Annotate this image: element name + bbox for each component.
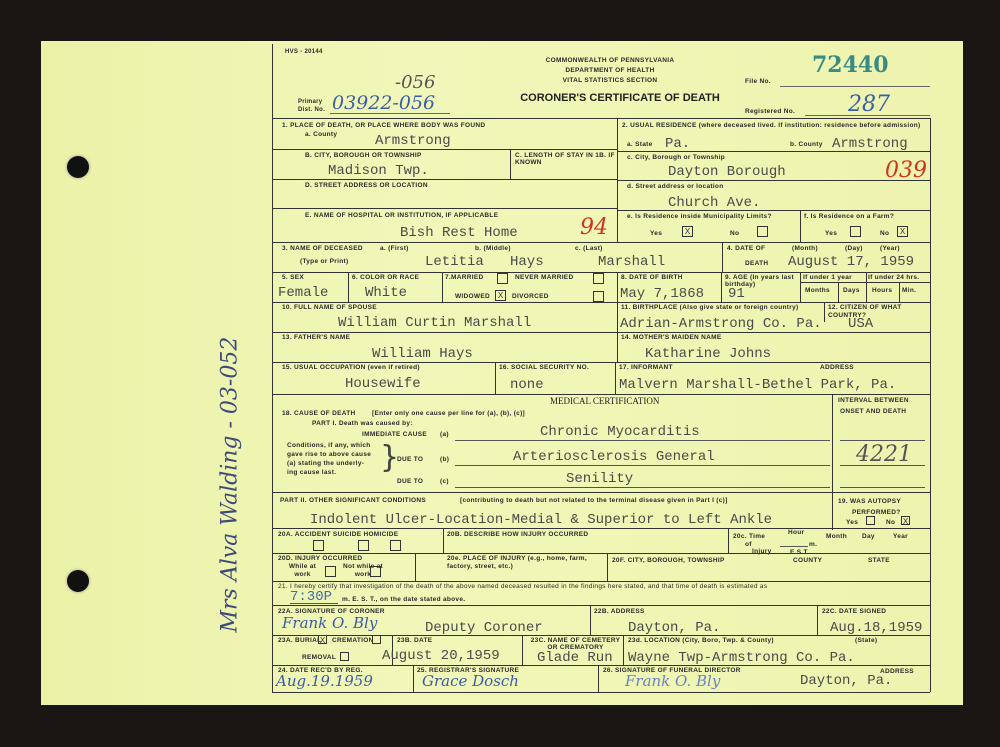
divorced-checkbox[interactable] xyxy=(593,291,604,302)
last-name-label: c. (Last) xyxy=(575,245,603,252)
rule xyxy=(615,362,616,394)
rule xyxy=(272,492,930,493)
injury-county-label: COUNTY xyxy=(793,557,822,564)
agency-line-2: DEPARTMENT OF HEALTH xyxy=(520,67,700,74)
divorced-label: DIVORCED xyxy=(512,293,549,300)
burial-checkbox[interactable]: X xyxy=(318,635,327,644)
never-married-checkbox[interactable] xyxy=(593,273,604,284)
under-24-hrs-label: If under 24 hrs. xyxy=(868,274,919,281)
spouse-value: William Curtin Marshall xyxy=(338,315,531,331)
rule xyxy=(840,487,925,488)
rule xyxy=(617,180,930,181)
removal-label: REMOVAL xyxy=(302,654,336,661)
res-street: Church Ave. xyxy=(668,195,760,211)
rule xyxy=(838,282,839,302)
rule xyxy=(780,546,808,547)
m-label: m. xyxy=(809,541,817,548)
immediate-cause-label: IMMEDIATE CAUSE xyxy=(362,431,427,438)
date-recd-value: Aug.19.1959 xyxy=(276,672,373,690)
rule xyxy=(272,635,930,636)
sex-label: 5. SEX xyxy=(282,274,304,281)
rule xyxy=(800,282,930,283)
burial-location: Wayne Twp-Armstrong Co. Pa. xyxy=(628,650,855,666)
primary-dist-value: 03922-056 xyxy=(332,92,435,114)
married-checkbox[interactable] xyxy=(497,273,508,284)
part2-label: PART II. OTHER SIGNIFICANT CONDITIONS xyxy=(280,497,426,504)
page-title: CORONER'S CERTIFICATE OF DEATH xyxy=(510,92,730,104)
autopsy-yes-label: Yes xyxy=(846,519,858,526)
place-of-death-label: 1. PLACE OF DEATH, OR PLACE WHERE BODY W… xyxy=(282,122,485,129)
informant-value: Malvern Marshall-Bethel Park, Pa. xyxy=(619,377,896,393)
widowed-checkbox[interactable]: X xyxy=(495,290,506,301)
res-state: Pa. xyxy=(665,136,690,152)
rule xyxy=(617,302,618,332)
while-at-work-label: While at work xyxy=(285,563,320,579)
rule xyxy=(272,665,930,666)
rule xyxy=(455,440,830,441)
certification-statement: 21. I hereby certify that investigation … xyxy=(278,583,767,590)
rule xyxy=(272,605,930,606)
rule xyxy=(415,553,416,581)
fd-address: Dayton, Pa. xyxy=(800,673,892,689)
describe-injury-label: 20b. DESCRIBE HOW INJURY OCCURRED xyxy=(447,531,588,538)
day-label: (Day) xyxy=(845,245,863,252)
rule xyxy=(590,605,591,635)
pod-length-of-stay-label: c. LENGTH OF STAY IN 1b. IF KNOWN xyxy=(515,152,615,166)
middle-name-label: b. (Middle) xyxy=(475,245,511,252)
coroner-title: Deputy Coroner xyxy=(425,620,543,636)
autopsy-no-checkbox[interactable]: X xyxy=(901,516,910,525)
cemetery-label: 23c. NAME OF CEMETERY OR CREMATORY xyxy=(528,637,623,651)
part2-value: Indolent Ulcer-Location-Medial & Superio… xyxy=(310,512,772,528)
rule xyxy=(617,332,618,362)
month-label: (Month) xyxy=(792,245,818,252)
farm-no-label: No xyxy=(880,230,889,237)
cause-of-death-label: 18. CAUSE OF DEATH xyxy=(282,410,356,417)
registrar-signature: Grace Dosch xyxy=(422,672,519,690)
margin-note: Mrs Alva Walding - 03-052 xyxy=(218,213,243,633)
primary-dist-annotation: -056 xyxy=(395,72,435,93)
coroner-address-label: 22b. ADDRESS xyxy=(594,608,645,615)
form-bottom-border xyxy=(272,692,930,693)
occupation-value: Housewife xyxy=(345,376,421,392)
rule xyxy=(617,151,930,152)
res-farm-label: f. Is Residence on a Farm? xyxy=(804,213,894,220)
agency-line-1: COMMONWEALTH OF PENNSYLVANIA xyxy=(520,57,700,64)
on-farm-yes-checkbox[interactable] xyxy=(850,226,861,237)
punch-hole-top xyxy=(67,156,89,178)
disposition-date: August 20,1959 xyxy=(382,648,500,664)
sex-value: Female xyxy=(278,285,328,301)
cause-b-letter: (b) xyxy=(440,456,449,463)
res-street-label: d. Street address or location xyxy=(627,183,723,190)
dob-label: 8. DATE OF BIRTH xyxy=(621,274,683,281)
medical-cert-title: MEDICAL CERTIFICATION xyxy=(550,396,659,406)
rule xyxy=(348,272,349,302)
pod-county-label: a. County xyxy=(305,131,337,138)
homicide-checkbox[interactable] xyxy=(390,540,401,551)
race-label: 6. COLOR OR RACE xyxy=(352,274,419,281)
primary-dist-label: Primary Dist. No. xyxy=(298,98,328,114)
date-of-death: August 17, 1959 xyxy=(788,254,914,270)
cause-c-letter: (c) xyxy=(440,478,449,485)
manner-label: 20a. ACCIDENT SUICIDE HOMICIDE xyxy=(278,531,398,538)
rule xyxy=(522,635,523,665)
inside-no-label: No xyxy=(730,230,739,237)
funeral-director-signature: Frank O. Bly xyxy=(625,672,720,690)
conditions-note-1: Conditions, if any, which xyxy=(287,442,371,449)
form-number: HVS - 20144 xyxy=(285,49,323,55)
spouse-label: 10. FULL NAME OF SPOUSE xyxy=(282,304,377,311)
conditions-note-4: ing cause last. xyxy=(287,469,336,476)
time-of-injury-label-2: of xyxy=(745,541,752,548)
pod-city-label: b. CITY, BOROUGH OR TOWNSHIP xyxy=(305,152,422,159)
res-city-label: c. City, Borough or Township xyxy=(627,154,725,161)
inside-yes-label: Yes xyxy=(650,230,662,237)
res-county-label: b. County xyxy=(790,141,823,148)
pod-street-label: d. STREET ADDRESS OR LOCATION xyxy=(305,182,428,189)
rule xyxy=(272,179,617,180)
married-label: 7.MARRIED xyxy=(445,274,483,281)
pod-hospital-label: e. NAME OF HOSPITAL OR INSTITUTION, IF A… xyxy=(305,212,498,219)
place-of-injury-label: 20e. PLACE OF INJURY (e.g., home, farm, … xyxy=(447,555,607,571)
autopsy-label-1: 19. WAS AUTOPSY xyxy=(838,498,901,505)
rule xyxy=(866,272,867,302)
cause-a-value: Chronic Myocarditis xyxy=(540,424,700,440)
accident-checkbox[interactable] xyxy=(313,540,324,551)
rule xyxy=(728,528,729,553)
file-no-stamp: 72440 xyxy=(812,52,889,78)
rule xyxy=(272,149,617,150)
punch-hole-bottom xyxy=(67,570,89,592)
while-at-work-checkbox[interactable] xyxy=(325,566,336,577)
burial-state-label: (State) xyxy=(855,637,877,644)
not-while-at-work-checkbox[interactable] xyxy=(370,566,381,577)
pod-county: Armstrong xyxy=(375,133,451,149)
time-of-injury-label-1: 20c. Time xyxy=(733,533,765,540)
due-to-c-label: DUE TO xyxy=(397,478,423,485)
rule xyxy=(272,528,930,529)
pod-hospital-code: 94 xyxy=(580,215,608,240)
interval-label-2: ONSET AND DEATH xyxy=(840,408,906,415)
interval-value: 4221 xyxy=(856,442,912,467)
cremation-checkbox[interactable] xyxy=(372,635,381,644)
coroner-address: Dayton, Pa. xyxy=(628,620,720,636)
rule xyxy=(817,605,818,635)
burial-label: 23a. BURIAL xyxy=(278,637,321,644)
res-state-label: a. State xyxy=(627,141,653,148)
days-label: Days xyxy=(843,287,860,294)
deceased-first: Letitia xyxy=(425,254,484,270)
part2-note: [contributing to death but not related t… xyxy=(460,497,728,504)
injury-city-label: 20f. CITY, BOROUGH, TOWNSHIP xyxy=(612,557,725,564)
rule xyxy=(272,242,930,243)
birthplace-value: Adrian-Armstrong Co. Pa. xyxy=(620,316,822,332)
race-value: White xyxy=(365,285,407,301)
injury-year-label: Year xyxy=(893,533,908,540)
pod-hospital: Bish Rest Home xyxy=(400,225,518,241)
hours-label: Hours xyxy=(872,287,892,294)
rule xyxy=(272,362,930,363)
rule xyxy=(800,272,801,302)
father-value: William Hays xyxy=(372,346,473,362)
inside-limits-no-checkbox[interactable] xyxy=(757,226,768,237)
cause-c-value: Senility xyxy=(566,471,633,487)
age-value: 91 xyxy=(728,286,745,302)
rule xyxy=(617,210,930,211)
death-label: DEATH xyxy=(745,260,768,267)
rule xyxy=(800,210,801,242)
res-city: Dayton Borough xyxy=(668,164,786,180)
rule xyxy=(443,528,444,553)
injury-occurred-label: 20d. INJURY OCCURRED xyxy=(278,555,362,562)
suicide-checkbox[interactable] xyxy=(358,540,369,551)
rule xyxy=(272,581,930,582)
date-signed-label: 22c. DATE SIGNED xyxy=(822,608,886,615)
dob-value: May 7,1868 xyxy=(620,286,704,302)
deceased-last: Marshall xyxy=(598,254,665,270)
rule xyxy=(290,603,338,604)
autopsy-label-2: PERFORMED? xyxy=(852,509,901,516)
informant-address-label: ADDRESS xyxy=(820,364,854,371)
cause-b-value: Arteriosclerosis General xyxy=(513,449,715,465)
informant-label: 17. INFORMANT xyxy=(619,364,673,371)
disposition-date-label: 23b. DATE xyxy=(397,637,432,644)
widowed-label: WIDOWED xyxy=(455,293,490,300)
autopsy-yes-checkbox[interactable] xyxy=(866,516,875,525)
hour-label: Hour xyxy=(788,529,804,536)
res-county: Armstrong xyxy=(832,136,908,152)
never-married-label: NEVER MARRIED xyxy=(515,274,573,281)
rule xyxy=(607,553,608,581)
mother-label: 14. MOTHER'S MAIDEN NAME xyxy=(621,334,721,341)
conditions-note-2: gave rise to above cause xyxy=(287,451,371,458)
rule xyxy=(413,665,414,692)
conditions-note-3: (a) stating the underly- xyxy=(287,460,364,467)
rule xyxy=(272,118,930,119)
registered-no-value: 287 xyxy=(848,92,890,117)
rule xyxy=(617,272,618,302)
type-or-print-label: (Type or Print) xyxy=(300,258,348,265)
deceased-middle: Hays xyxy=(510,254,544,270)
rule xyxy=(455,465,830,466)
rule xyxy=(272,302,930,303)
injury-state-label: STATE xyxy=(868,557,890,564)
rule xyxy=(272,332,930,333)
res-inside-limits-label: e. Is Residence inside Municipality Limi… xyxy=(627,213,772,220)
time-suffix: m. E. S. T., on the date stated above. xyxy=(342,596,465,603)
rule xyxy=(840,440,925,441)
cause-a-letter: (a) xyxy=(440,431,449,438)
deceased-name-label: 3. NAME OF DECEASED xyxy=(282,245,363,252)
primary-dist-underline xyxy=(330,113,450,114)
ssn-value: none xyxy=(510,377,544,393)
rule xyxy=(899,282,900,302)
agency-line-3: VITAL STATISTICS SECTION xyxy=(520,77,700,84)
ssn-label: 16. SOCIAL SECURITY NO. xyxy=(499,364,589,371)
form-left-border xyxy=(272,44,273,692)
due-to-b-label: DUE TO xyxy=(397,456,423,463)
autopsy-no-label: No xyxy=(886,519,895,526)
pod-city: Madison Twp. xyxy=(328,163,429,179)
on-farm-no-checkbox[interactable]: X xyxy=(897,226,908,237)
rule xyxy=(832,394,833,530)
rule xyxy=(272,208,617,209)
residence-label: 2. USUAL RESIDENCE (where deceased lived… xyxy=(622,122,927,129)
rule xyxy=(722,242,723,272)
interval-label-1: INTERVAL BETWEEN xyxy=(838,397,909,404)
date-signed: Aug.18,1959 xyxy=(830,620,922,636)
form-right-border xyxy=(930,118,931,692)
rule xyxy=(272,553,930,554)
rule xyxy=(721,272,722,302)
occupation-label: 15. USUAL OCCUPATION (even if retired) xyxy=(282,364,420,371)
cremation-label: CREMATION xyxy=(332,637,374,644)
cause-instructions: [Enter only one cause per line for (a), … xyxy=(372,410,525,417)
inside-limits-yes-checkbox[interactable]: X xyxy=(682,226,693,237)
citizen-label: 12. CITIZEN OF WHAT COUNTRY? xyxy=(828,304,928,320)
father-label: 13. FATHER'S NAME xyxy=(282,334,350,341)
removal-checkbox[interactable] xyxy=(340,652,349,661)
rule xyxy=(510,149,511,179)
cemetery-value: Glade Run xyxy=(537,650,613,666)
injury-month-label: Month xyxy=(826,533,847,540)
birthplace-label: 11. BIRTHPLACE (Also give state or forei… xyxy=(621,304,821,311)
rule xyxy=(598,665,599,692)
coroner-signature: Frank O. Bly xyxy=(282,614,377,632)
citizen-value: USA xyxy=(848,316,873,332)
first-name-label: a. (First) xyxy=(380,245,409,252)
date-of-death-label: 4. DATE OF xyxy=(727,245,765,252)
registered-no-label: Registered No. xyxy=(745,108,795,115)
injury-day-label: Day xyxy=(862,533,875,540)
rule xyxy=(824,302,825,322)
under-1-year-label: If under 1 year xyxy=(803,274,852,281)
min-label: Min. xyxy=(902,287,916,294)
burial-location-label: 23d. LOCATION (City, Boro, Twp. & County… xyxy=(628,637,774,644)
file-no-label: File No. xyxy=(745,78,771,85)
months-label: Months xyxy=(805,287,830,294)
rule xyxy=(623,635,624,665)
year-label: (Year) xyxy=(880,245,900,252)
part1-label: PART I. Death was caused by: xyxy=(312,420,413,427)
file-no-underline xyxy=(780,86,930,87)
rule xyxy=(455,487,830,488)
mother-value: Katharine Johns xyxy=(645,346,771,362)
rule xyxy=(442,272,443,302)
farm-yes-label: Yes xyxy=(825,230,837,237)
rule xyxy=(495,362,496,394)
